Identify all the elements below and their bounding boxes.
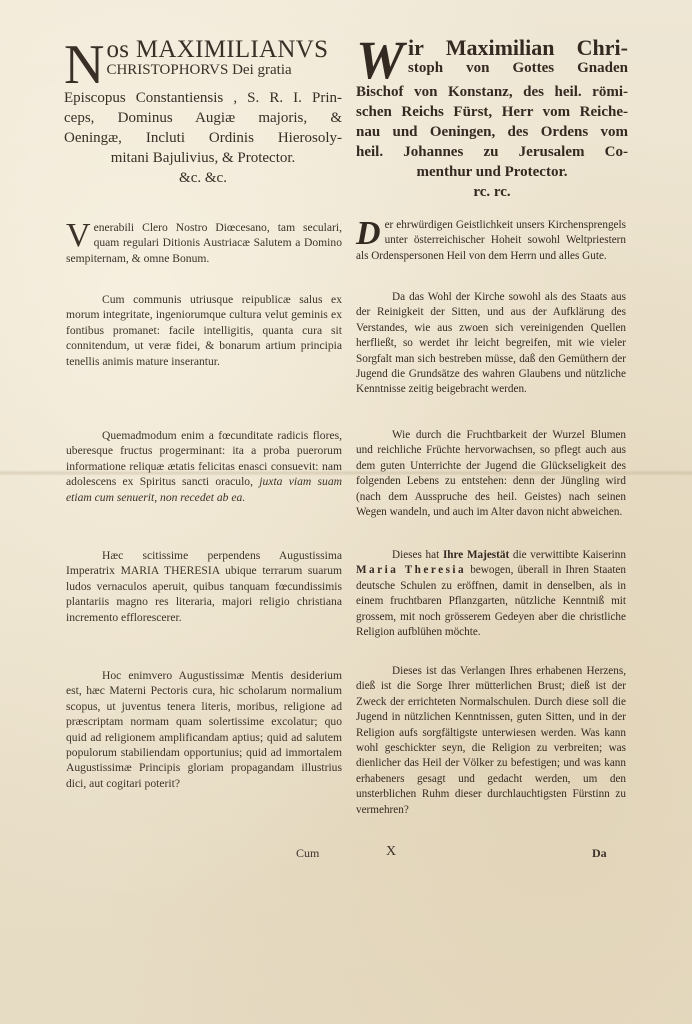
german-paragraph-3: Dieses hat Ihre Majestät die verwittibte…	[356, 548, 626, 640]
latin-heading-line: &c. &c.	[64, 168, 342, 188]
latin-heading-drop-cap: N	[64, 42, 104, 88]
german-heading: W ir Maximilian Chri- stoph von Gottes G…	[356, 38, 628, 202]
latin-heading-line: mitani Bajulivius, & Protector.	[64, 148, 342, 168]
latin-salutation: Venerabili Clero Nostro Diœcesano, tam s…	[66, 220, 342, 266]
german-salutation: Der ehrwürdigen Geistlichkeit unsers Kir…	[356, 218, 626, 264]
signature-mark: X	[386, 844, 396, 860]
latin-heading-line: ceps, Dominus Augiæ majoris, &	[64, 108, 342, 128]
majesty-title: Ihre Majestät	[443, 549, 509, 561]
latin-paragraph-3: Hæc scitissime perpendens Augustissima I…	[66, 548, 342, 625]
latin-heading-line: os MAXIMILIANVS	[64, 40, 342, 60]
german-salutation-text: er ehrwürdigen Geistlichkeit unsers Kirc…	[356, 219, 626, 262]
german-paragraph-2: Wie durch die Fruchtbarkeit der Wurzel B…	[356, 428, 626, 520]
german-paragraph-3-text: die verwittibte Kaiserinn	[509, 549, 626, 561]
german-paragraph-4: Dieses ist das Verlangen Ihres erhabenen…	[356, 664, 626, 818]
latin-heading: N os MAXIMILIANVS CHRISTOPHORVS Dei grat…	[64, 40, 342, 188]
empress-name-latin: MARIA THERESIA	[121, 564, 220, 577]
latin-catchword: Cum	[296, 846, 319, 861]
latin-heading-line: Episcopus Constantiensis , S. R. I. Prin…	[64, 88, 342, 108]
document-page: N os MAXIMILIANVS CHRISTOPHORVS Dei grat…	[0, 0, 692, 1024]
empress-name-german: Maria Theresia	[356, 564, 466, 576]
german-heading-line: Bischof von Konstanz, des heil. römi-	[356, 82, 628, 102]
latin-paragraph-4: Hoc enimvero Augustissimæ Mentis desider…	[66, 668, 342, 791]
german-heading-line: heil. Johannes zu Jerusalem Co-	[356, 142, 628, 162]
latin-paragraph-2: Quemadmodum enim a fœcunditate radicis f…	[66, 428, 342, 505]
latin-salutation-drop-cap: V	[66, 222, 91, 250]
german-heading-line: menthur und Protector.	[356, 162, 628, 182]
german-heading-line: rc. rc.	[356, 182, 628, 202]
german-heading-drop-cap: W	[356, 38, 404, 82]
german-catchword: Da	[592, 846, 607, 861]
latin-paragraph-1: Cum communis utriusque reipublicæ salus …	[66, 292, 342, 369]
latin-salutation-text: enerabili Clero Nostro Diœcesano, tam se…	[66, 221, 342, 265]
german-heading-line: schen Reichs Fürst, Herr vom Reiche-	[356, 102, 628, 122]
latin-heading-line: Oeningæ, Incluti Ordinis Hierosoly-	[64, 128, 342, 148]
latin-heading-line: CHRISTOPHORVS Dei gratia	[64, 60, 342, 80]
german-paragraph-1: Da das Wohl der Kirche sowohl als des St…	[356, 290, 626, 398]
german-paragraph-3-text: Dieses hat	[392, 549, 443, 561]
german-heading-line: nau und Oeningen, des Ordens vom	[356, 122, 628, 142]
german-salutation-drop-cap: D	[356, 220, 381, 248]
